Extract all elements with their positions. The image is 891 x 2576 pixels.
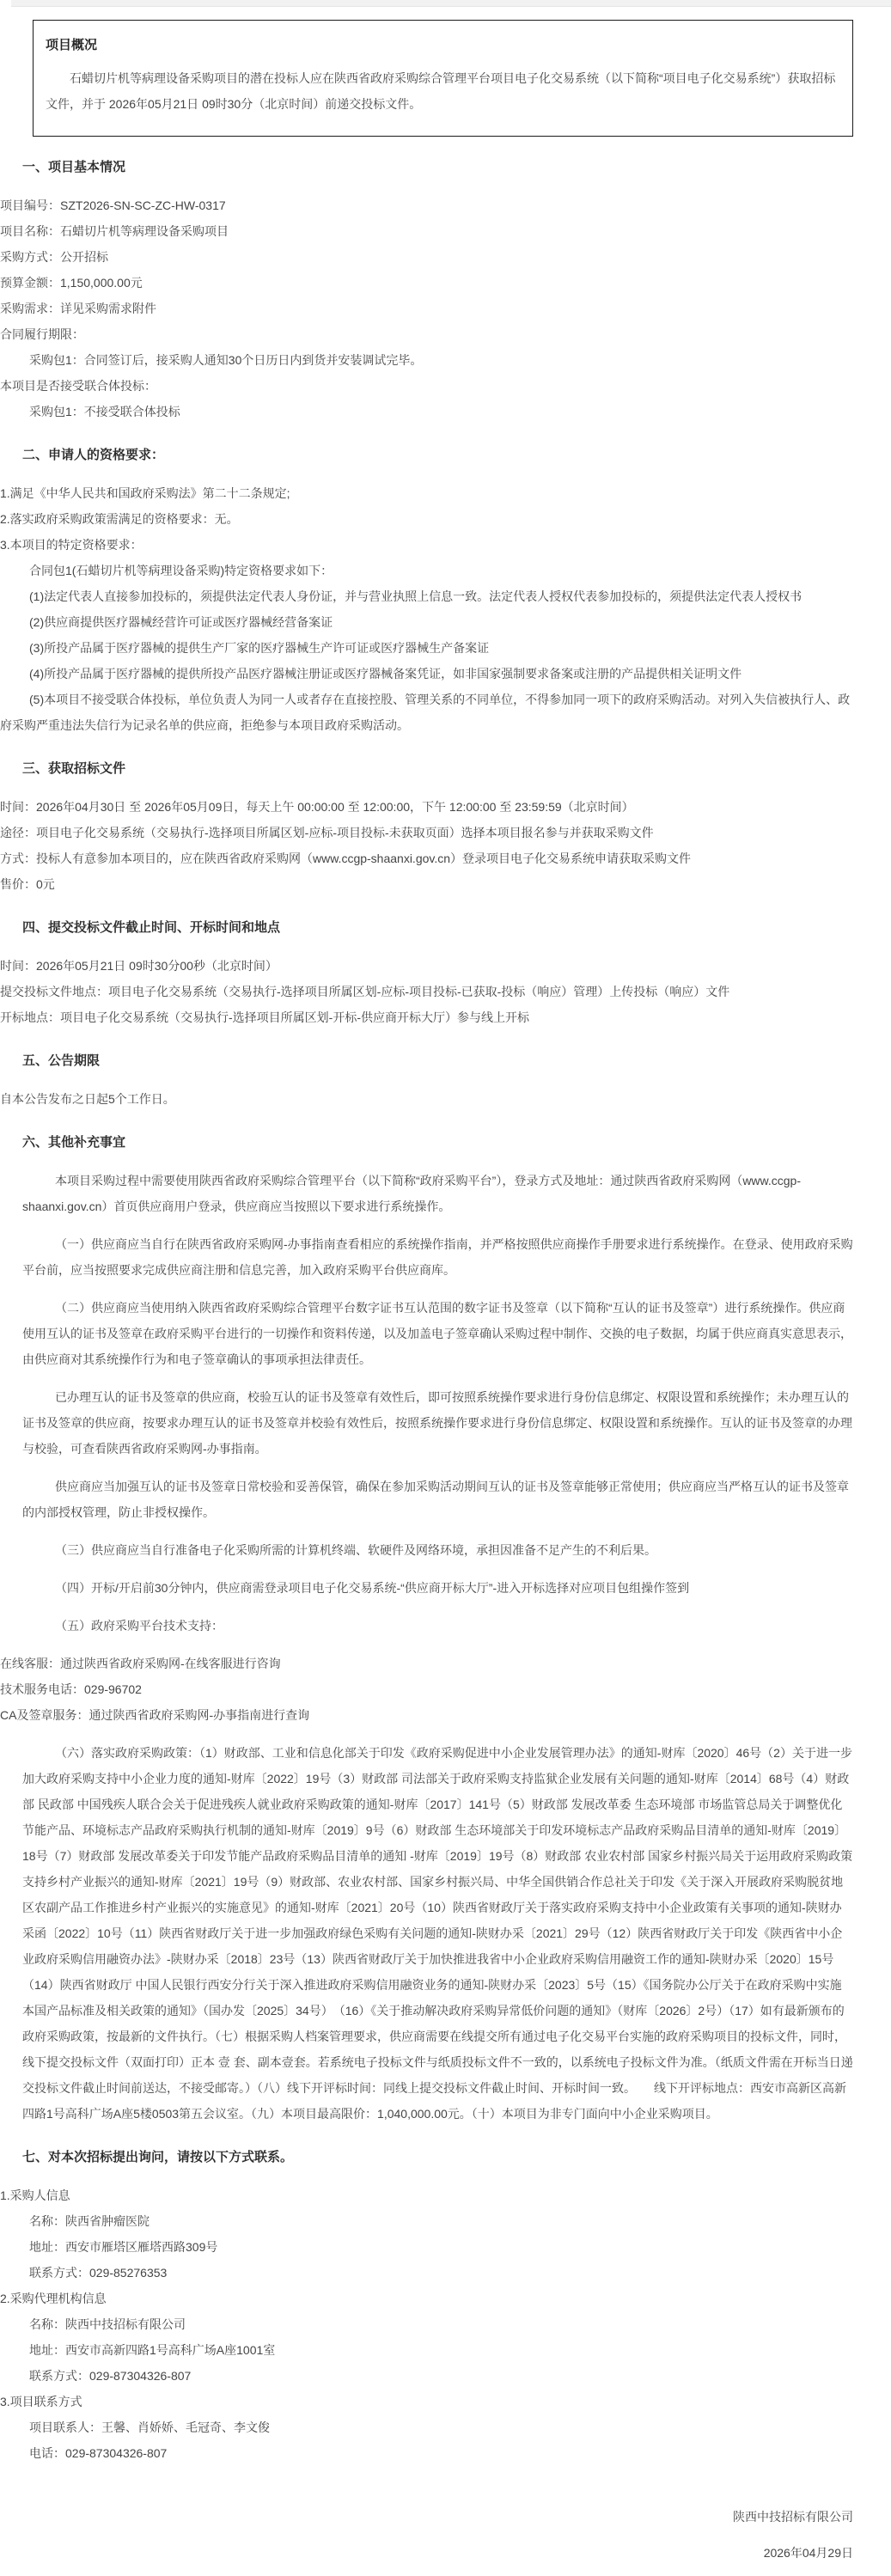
section-6-heading: 六、其他补充事宜 [22, 1130, 853, 1156]
project-name-line: 项目名称：石蜡切片机等病理设备采购项目 [0, 218, 853, 244]
agency-contact-line: 联系方式：029-87304326-807 [0, 2363, 853, 2389]
agency-name-line: 名称：陕西中技招标有限公司 [0, 2311, 853, 2337]
page-top-strip [11, 0, 891, 7]
overview-paragraph: 石蜡切片机等病理设备采购项目的潜在投标人应在陕西省政府采购综合管理平台项目电子化… [46, 65, 839, 117]
signature-org: 陕西中技招标有限公司 [0, 2504, 853, 2530]
supplement-para-1: （一）供应商应当自行在陕西省政府采购网-办事指南查看相应的系统操作指南，并严格按… [22, 1231, 853, 1283]
consortium-bid-package1: 采购包1：不接受联合体投标 [0, 399, 853, 424]
purchaser-info-label: 1.采购人信息 [0, 2182, 853, 2208]
purchaser-name-line: 名称：陕西省肿瘤医院 [0, 2208, 853, 2234]
agency-info-label: 2.采购代理机构信息 [0, 2286, 853, 2311]
supplement-para-5: （五）政府采购平台技术支持： [22, 1613, 853, 1639]
supplement-para-4: （四）开标/开启前30分钟内，供应商需登录项目电子化交易系统-“供应商开标大厅”… [22, 1575, 853, 1601]
budget-amount-line: 预算金额：1,150,000.00元 [0, 270, 853, 296]
section-3-heading: 三、获取招标文件 [22, 756, 853, 782]
procurement-demand-line: 采购需求：详见采购需求附件 [0, 296, 853, 321]
project-contact-phone-line: 电话：029-87304326-807 [0, 2440, 853, 2466]
qualification-item-1: 1.满足《中华人民共和国政府采购法》第二十二条规定; [0, 480, 853, 506]
overview-title: 项目概况 [46, 33, 839, 58]
section-4-heading: 四、提交投标文件截止时间、开标时间和地点 [22, 915, 853, 941]
ca-service-line: CA及签章服务：通过陕西省政府采购网-办事指南进行查询 [0, 1702, 853, 1728]
online-service-line: 在线客服：通过陕西省政府采购网-在线客服进行咨询 [0, 1651, 853, 1676]
announcement-period-line: 自本公告发布之日起5个工作日。 [0, 1086, 853, 1112]
consortium-bid-label: 本项目是否接受联合体投标： [0, 373, 853, 399]
purchaser-address-line: 地址：西安市雁塔区雁塔西路309号 [0, 2234, 853, 2260]
signature-date: 2026年04月29日 [0, 2540, 853, 2566]
tech-phone-line: 技术服务电话：029-96702 [0, 1676, 853, 1702]
specific-qualification-intro: 合同包1(石蜡切片机等病理设备采购)特定资格要求如下： [0, 558, 853, 583]
project-contact-label: 3.项目联系方式 [0, 2389, 853, 2414]
supplement-para-2b: 已办理互认的证书及签章的供应商，校验互认的证书及签章有效性后，即可按照系统操作要… [22, 1384, 853, 1462]
purchaser-contact-line: 联系方式：029-85276353 [0, 2260, 853, 2286]
qualification-item-2: 2.落实政府采购政策需满足的资格要求：无。 [0, 506, 853, 532]
procurement-method-line: 采购方式：公开招标 [0, 244, 853, 270]
qualification-item-3: 3.本项目的特定资格要求： [0, 532, 853, 558]
section-2-heading: 二、申请人的资格要求： [22, 443, 853, 468]
obtain-price-line: 售价：0元 [0, 871, 853, 897]
section-1-heading: 一、项目基本情况 [22, 155, 853, 180]
specific-qualification-3: (3)所投产品属于医疗器械的提供生产厂家的医疗器械生产许可证或医疗器械生产备案证 [0, 635, 853, 661]
obtain-channel-line: 途径：项目电子化交易系统（交易执行-选择项目所属区划-应标-项目投标-未获取页面… [0, 820, 853, 845]
open-bid-place-line: 开标地点：项目电子化交易系统（交易执行-选择项目所属区划-开标-供应商开标大厅）… [0, 1004, 853, 1030]
contract-period-package1: 采购包1：合同签订后，接采购人通知30个日历日内到货并安装调试完毕。 [0, 347, 853, 373]
supplement-para-platform: 本项目采购过程中需要使用陕西省政府采购综合管理平台（以下简称“政府采购平台”），… [22, 1168, 853, 1219]
deadline-time-line: 时间：2026年05月21日 09时30分00秒（北京时间） [0, 953, 853, 979]
section-5-heading: 五、公告期限 [22, 1048, 853, 1074]
agency-address-line: 地址：西安市高新四路1号高科广场A座1001室 [0, 2337, 853, 2363]
signature-block: 陕西中技招标有限公司 2026年04月29日 [0, 2504, 853, 2566]
supplement-para-policies: （六）落实政府采购政策：（1）财政部、工业和信息化部关于印发《政府采购促进中小企… [22, 1740, 853, 2127]
submit-place-line: 提交投标文件地点：项目电子化交易系统（交易执行-选择项目所属区划-应标-项目投标… [0, 979, 853, 1004]
project-number-line: 项目编号：SZT2026-SN-SC-ZC-HW-0317 [0, 192, 853, 218]
supplement-para-2c: 供应商应当加强互认的证书及签章日常校验和妥善保管，确保在参加采购活动期间互认的证… [22, 1474, 853, 1525]
contract-period-label: 合同履行期限： [0, 321, 853, 347]
supplement-para-2: （二）供应商应当使用纳入陕西省政府采购综合管理平台数字证书互认范围的数字证书及签… [22, 1295, 853, 1372]
specific-qualification-5: (5)本项目不接受联合体投标，单位负责人为同一人或者存在直接控股、管理关系的不同… [0, 687, 853, 738]
obtain-method-line: 方式：投标人有意参加本项目的，应在陕西省政府采购网（www.ccgp-shaan… [0, 845, 853, 871]
overview-box: 项目概况 石蜡切片机等病理设备采购项目的潜在投标人应在陕西省政府采购综合管理平台… [33, 20, 853, 137]
project-contact-persons-line: 项目联系人：王馨、肖娇娇、毛冠奇、李文俊 [0, 2414, 853, 2440]
section-7-heading: 七、对本次招标提出询问，请按以下方式联系。 [22, 2145, 853, 2170]
supplement-para-3: （三）供应商应当自行准备电子化采购所需的计算机终端、软硬件及网络环境，承担因准备… [22, 1537, 853, 1563]
specific-qualification-2: (2)供应商提供医疗器械经营许可证或医疗器械经营备案证 [0, 609, 853, 635]
specific-qualification-1: (1)法定代表人直接参加投标的，须提供法定代表人身份证，并与营业执照上信息一致。… [0, 583, 853, 609]
obtain-time-line: 时间：2026年04月30日 至 2026年05月09日，每天上午 00:00:… [0, 794, 853, 820]
specific-qualification-4: (4)所投产品属于医疗器械的提供所投产品医疗器械注册证或医疗器械备案凭证，如非国… [0, 661, 853, 687]
